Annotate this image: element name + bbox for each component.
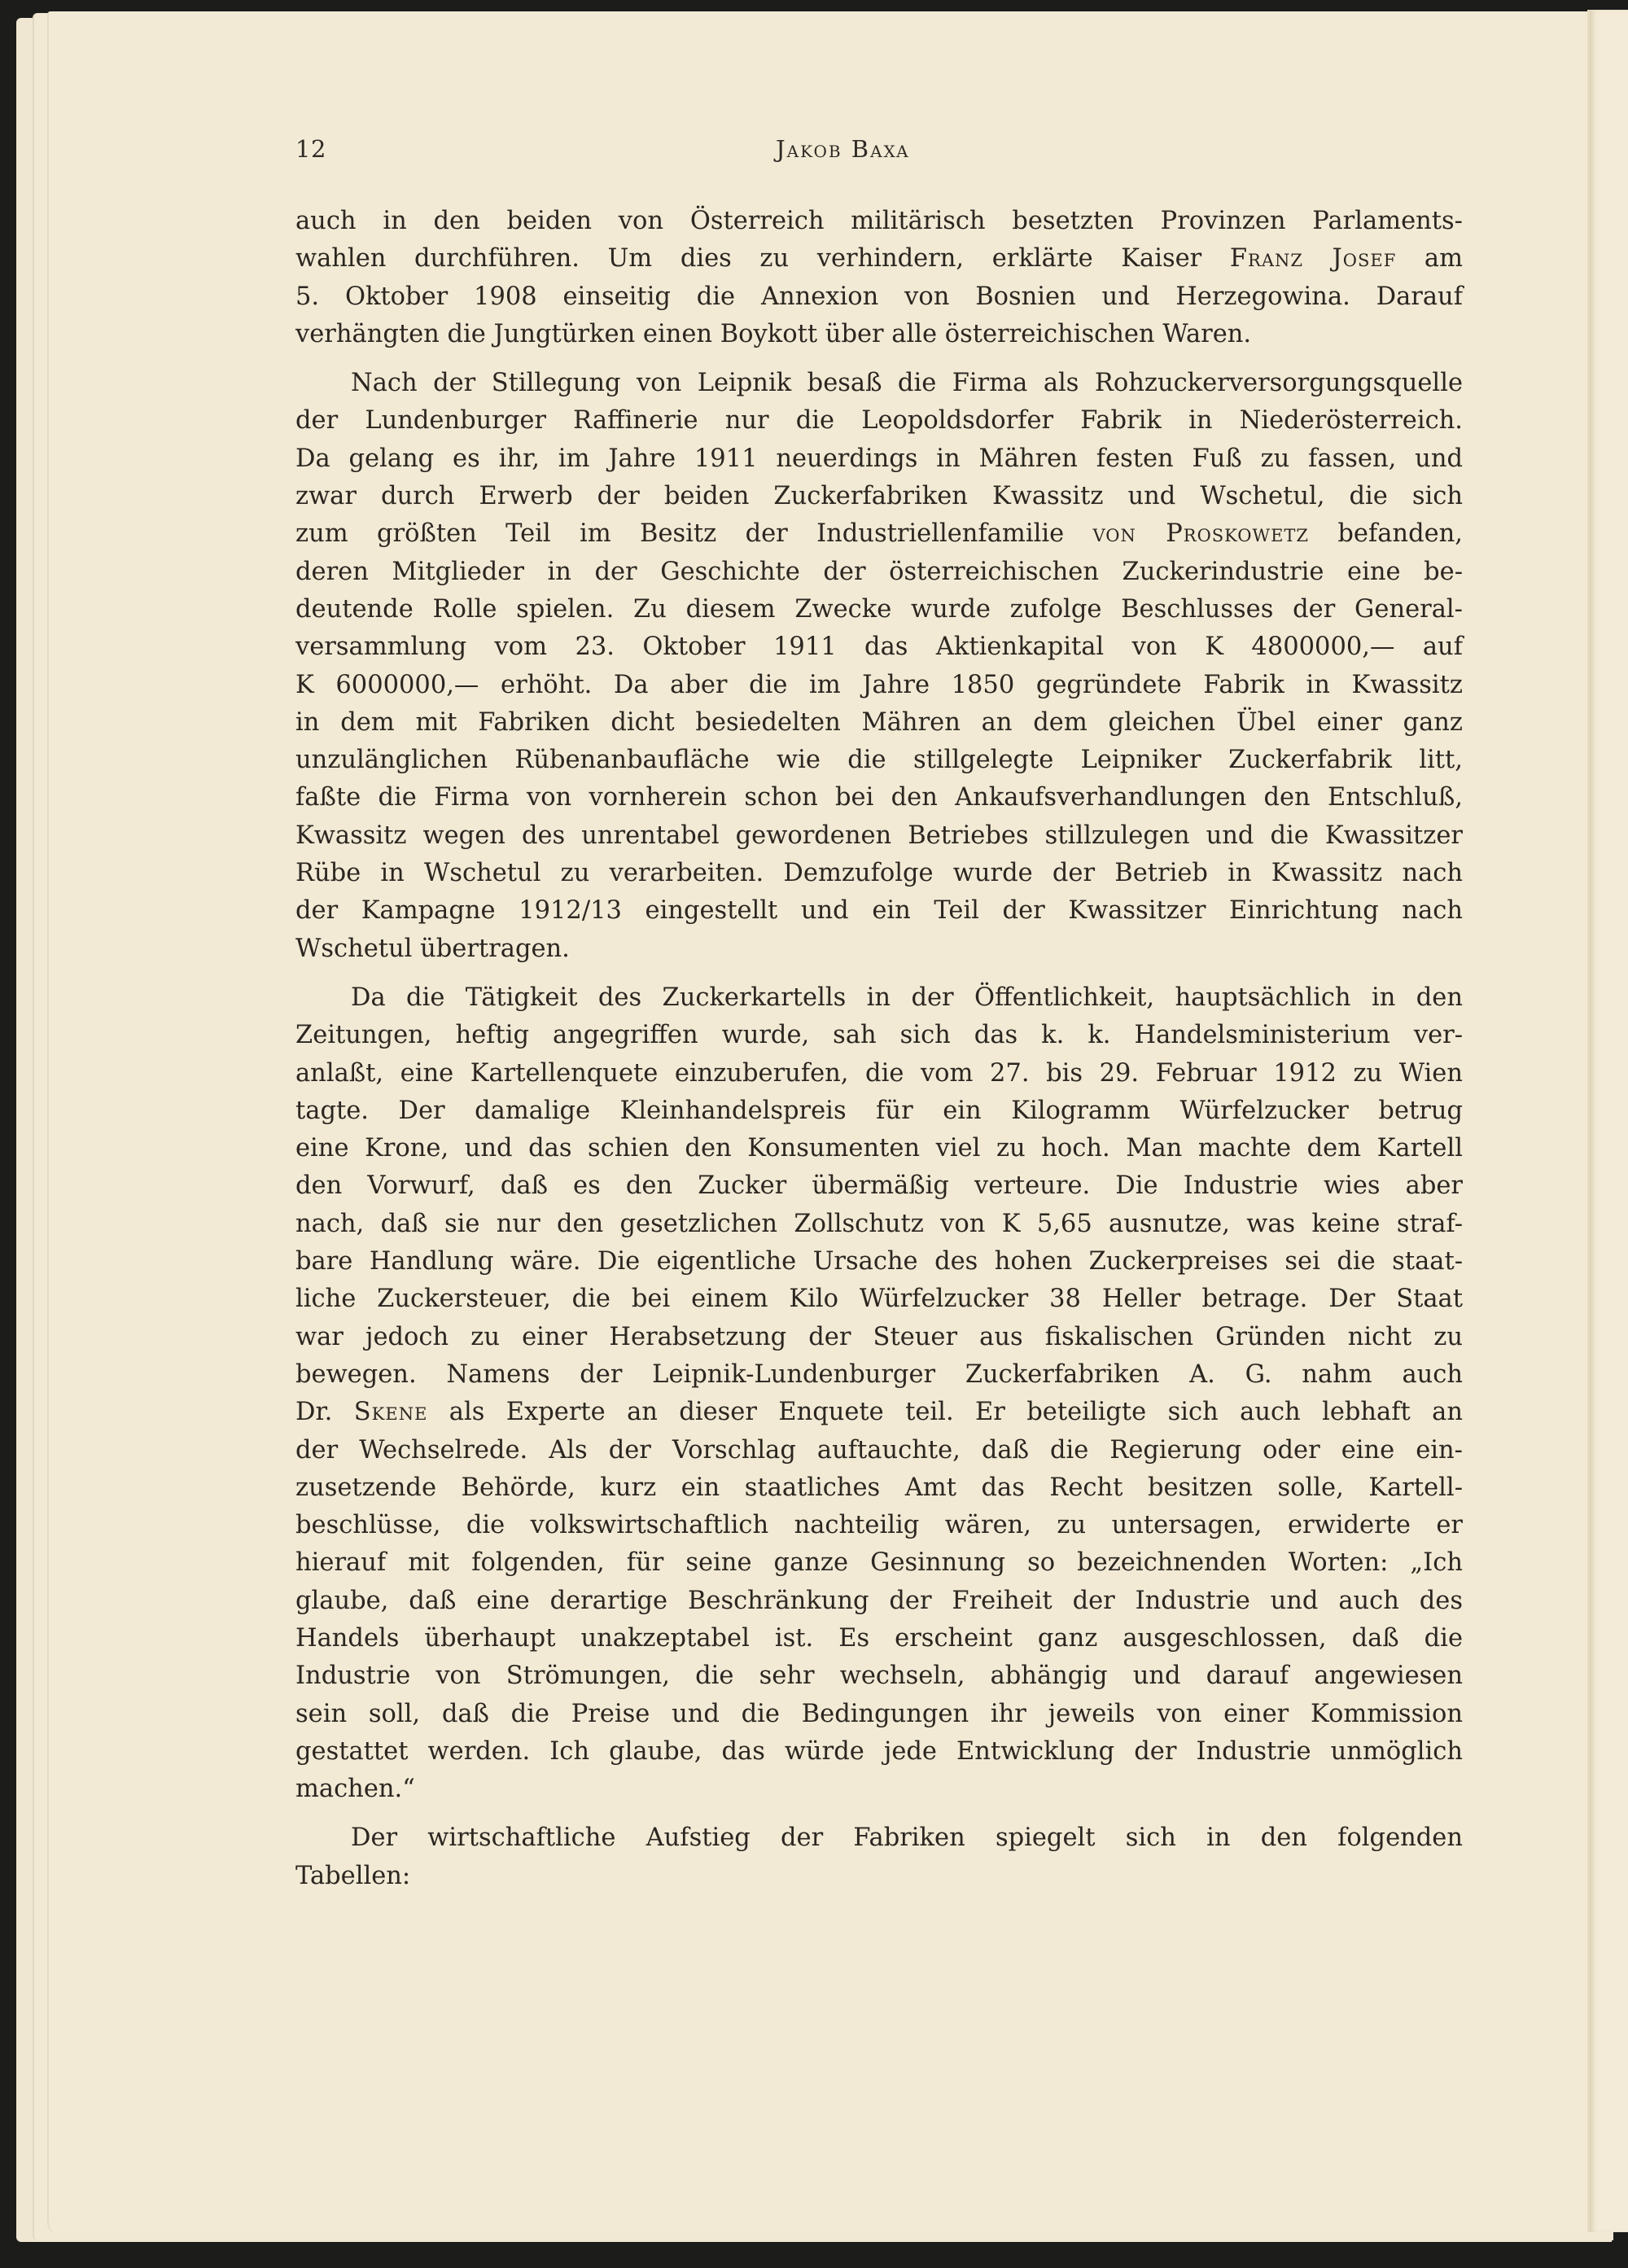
text-line: zusetzende Behörde, kurz ein staatliches… <box>295 1469 1463 1507</box>
text-line: deren Mitglieder in der Geschichte der ö… <box>295 554 1463 591</box>
small-caps-name: von Proskowetz <box>1093 519 1310 548</box>
text-line: Handels überhaupt unakzeptabel ist. Es e… <box>295 1620 1463 1657</box>
running-title: Jakob Baxa <box>776 135 910 163</box>
text-line: machen.“ <box>295 1771 1463 1808</box>
text-line: bare Handlung wäre. Die eigentliche Ursa… <box>295 1243 1463 1281</box>
body-text: auch in den beiden von Österreich militä… <box>295 203 1463 1895</box>
paragraph-gap <box>295 1808 1463 1819</box>
text-line: K 6000000,— erhöht. Da aber die im Jahre… <box>295 667 1463 704</box>
text-line: Rübe in Wschetul zu verarbeiten. Demzufo… <box>295 855 1463 892</box>
text-line: der Lundenburger Raffinerie nur die Leop… <box>295 402 1463 440</box>
text-line: anlaßt, eine Kartellenquete einzuberufen… <box>295 1055 1463 1092</box>
paragraph: auch in den beiden von Österreich militä… <box>295 203 1463 353</box>
text-line: in dem mit Fabriken dicht besiedelten Mä… <box>295 704 1463 742</box>
text-line: Dr. Skene als Experte an dieser Enquete … <box>295 1394 1463 1431</box>
text-line: deutende Rolle spielen. Zu diesem Zwecke… <box>295 591 1463 628</box>
text-line: wahlen durchführen. Um dies zu verhinder… <box>295 240 1463 278</box>
text-line: Kwassitz wegen des unrentabel gewordenen… <box>295 817 1463 855</box>
text-line: Nach der Stillegung von Leipnik besaß di… <box>295 365 1463 402</box>
text-line: zwar durch Erwerb der beiden Zuckerfabri… <box>295 478 1463 515</box>
text-line: glaube, daß eine derartige Beschränkung … <box>295 1583 1463 1620</box>
text-line: 5. Oktober 1908 einseitig die Annexion v… <box>295 278 1463 316</box>
text-line: den Vorwurf, daß es den Zucker übermäßig… <box>295 1167 1463 1205</box>
text-line: Da die Tätigkeit des Zuckerkartells in d… <box>295 979 1463 1017</box>
text-line: beschlüsse, die volkswirtschaftlich nach… <box>295 1507 1463 1544</box>
text-line: zum größten Teil im Besitz der Industrie… <box>295 515 1463 553</box>
small-caps-name: Franz Josef <box>1230 244 1396 273</box>
text-line: gestattet werden. Ich glaube, das würde … <box>295 1733 1463 1771</box>
paragraph: Der wirtschaftliche Aufstieg der Fabrike… <box>295 1819 1463 1895</box>
text-line: der Kampagne 1912/13 eingestellt und ein… <box>295 892 1463 930</box>
text-line: war jedoch zu einer Herabsetzung der Ste… <box>295 1319 1463 1356</box>
text-line: nach, daß sie nur den gesetzlichen Zolls… <box>295 1206 1463 1243</box>
text-line: auch in den beiden von Österreich militä… <box>295 203 1463 240</box>
running-head: 12 Jakob Baxa <box>295 135 1461 168</box>
text-line: faßte die Firma von vornherein schon bei… <box>295 779 1463 817</box>
small-caps-name: Skene <box>354 1398 428 1426</box>
text-line: unzulänglichen Rübenanbaufläche wie die … <box>295 742 1463 779</box>
text-line: versammlung vom 23. Oktober 1911 das Akt… <box>295 628 1463 666</box>
text-line: bewegen. Namens der Leipnik-Lundenburger… <box>295 1356 1463 1394</box>
text-line: Tabellen: <box>295 1858 1463 1895</box>
text-line: tagte. Der damalige Kleinhandelspreis fü… <box>295 1092 1463 1130</box>
text-line: hierauf mit folgenden, für seine ganze G… <box>295 1544 1463 1582</box>
text-line: liche Zuckersteuer, die bei einem Kilo W… <box>295 1281 1463 1318</box>
text-line: Der wirtschaftliche Aufstieg der Fabrike… <box>295 1819 1463 1857</box>
text-line: Zeitungen, heftig angegriffen wurde, sah… <box>295 1017 1463 1054</box>
paragraph-gap <box>295 968 1463 979</box>
paragraph: Da die Tätigkeit des Zuckerkartells in d… <box>295 979 1463 1809</box>
paragraph: Nach der Stillegung von Leipnik besaß di… <box>295 365 1463 968</box>
text-line: der Wechselrede. Als der Vorschlag aufta… <box>295 1432 1463 1469</box>
text-line: Wschetul übertragen. <box>295 930 1463 968</box>
facing-page-edge <box>1587 10 1628 2232</box>
text-line: verhängten die Jungtürken einen Boykott … <box>295 316 1463 353</box>
text-line: Industrie von Strömungen, die sehr wechs… <box>295 1657 1463 1695</box>
paragraph-gap <box>295 353 1463 365</box>
text-line: eine Krone, und das schien den Konsument… <box>295 1130 1463 1167</box>
page-number: 12 <box>295 135 326 163</box>
text-line: sein soll, daß die Preise und die Beding… <box>295 1696 1463 1733</box>
text-line: Da gelang es ihr, im Jahre 1911 neuerdin… <box>295 440 1463 478</box>
